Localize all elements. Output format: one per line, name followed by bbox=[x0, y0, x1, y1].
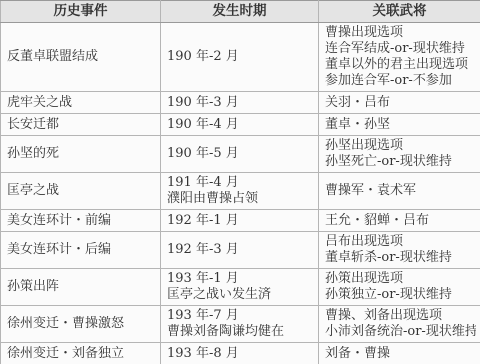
cell-line: 孙坚出现选项 bbox=[325, 138, 476, 154]
cell-line: 193 年-8 月 bbox=[167, 346, 314, 362]
cell-line: 美女连环计・后编 bbox=[7, 242, 156, 258]
cell-line: 192 年-3 月 bbox=[167, 242, 314, 258]
cell-line: 孙策出现选项 bbox=[325, 271, 476, 287]
period-cell: 193 年-8 月 bbox=[161, 343, 319, 364]
cell-line: 190 年-4 月 bbox=[167, 117, 314, 133]
table-header: 历史事件 发生时期 关联武将 bbox=[1, 1, 480, 23]
cell-line: 193 年-1 月 bbox=[167, 271, 314, 287]
officers-cell: 吕布出现选项董卓斩杀-or-现状维持 bbox=[319, 232, 480, 269]
cell-line: 孙策出阵 bbox=[7, 279, 156, 295]
cell-line: 193 年-7 月 bbox=[167, 308, 314, 324]
table-row: 孙策出阵193 年-1 月匡亭之战い发生済孙策出现选项孙策独立-or-现状维持 bbox=[1, 269, 480, 306]
cell-line: 徐州变迁・刘备独立 bbox=[7, 346, 156, 362]
event-cell: 匡亭之战 bbox=[1, 173, 161, 210]
event-cell: 美女连环计・后编 bbox=[1, 232, 161, 269]
column-header-event: 历史事件 bbox=[1, 1, 161, 23]
period-cell: 190 年-4 月 bbox=[161, 114, 319, 136]
cell-line: 吕布出现选项 bbox=[325, 234, 476, 250]
period-cell: 190 年-5 月 bbox=[161, 136, 319, 173]
cell-line: 匡亭之战い发生済 bbox=[167, 287, 314, 303]
cell-line: 连合军结成-or-现状维持 bbox=[325, 41, 476, 57]
header-row: 历史事件 发生时期 关联武将 bbox=[1, 1, 480, 23]
table-row: 美女连环计・前编192 年-1 月王允・貂蝉・吕布 bbox=[1, 210, 480, 232]
cell-line: 小沛刘备统治-or-现状维持 bbox=[325, 324, 476, 340]
cell-line: 曹操、刘备出现选项 bbox=[325, 308, 476, 324]
period-cell: 192 年-3 月 bbox=[161, 232, 319, 269]
officers-cell: 曹操、刘备出现选项小沛刘备统治-or-现状维持 bbox=[319, 306, 480, 343]
cell-line: 孙策独立-or-现状维持 bbox=[325, 287, 476, 303]
cell-line: 董卓斩杀-or-现状维持 bbox=[325, 250, 476, 266]
cell-line: 匡亭之战 bbox=[7, 183, 156, 199]
table-body: 反董卓联盟结成190 年-2 月曹操出现选项连合军结成-or-现状维持董卓以外的… bbox=[1, 23, 480, 364]
period-cell: 190 年-2 月 bbox=[161, 23, 319, 92]
event-cell: 美女连环计・前编 bbox=[1, 210, 161, 232]
cell-line: 长安迁都 bbox=[7, 117, 156, 133]
officers-cell: 曹操出现选项连合军结成-or-现状维持董卓以外的君主出现选项参加连合军-or-不… bbox=[319, 23, 480, 92]
period-cell: 193 年-7 月曹操刘备陶谦均健在 bbox=[161, 306, 319, 343]
cell-line: 190 年-5 月 bbox=[167, 146, 314, 162]
cell-line: 王允・貂蝉・吕布 bbox=[325, 213, 476, 229]
table-row: 反董卓联盟结成190 年-2 月曹操出现选项连合军结成-or-现状维持董卓以外的… bbox=[1, 23, 480, 92]
event-cell: 孙坚的死 bbox=[1, 136, 161, 173]
cell-line: 190 年-2 月 bbox=[167, 49, 314, 65]
cell-line: 反董卓联盟结成 bbox=[7, 49, 156, 65]
cell-line: 濮阳由曹操占领 bbox=[167, 191, 314, 207]
officers-cell: 孙策出现选项孙策独立-or-现状维持 bbox=[319, 269, 480, 306]
cell-line: 曹操刘备陶谦均健在 bbox=[167, 324, 314, 340]
event-cell: 长安迁都 bbox=[1, 114, 161, 136]
event-cell: 反董卓联盟结成 bbox=[1, 23, 161, 92]
table-row: 孙坚的死190 年-5 月孙坚出现选项孙坚死亡-or-现状维持 bbox=[1, 136, 480, 173]
cell-line: 192 年-1 月 bbox=[167, 213, 314, 229]
period-cell: 193 年-1 月匡亭之战い发生済 bbox=[161, 269, 319, 306]
cell-line: 191 年-4 月 bbox=[167, 175, 314, 191]
cell-line: 刘备・曹操 bbox=[325, 346, 476, 362]
history-events-table: 历史事件 发生时期 关联武将 反董卓联盟结成190 年-2 月曹操出现选项连合军… bbox=[0, 0, 480, 364]
table-row: 长安迁都190 年-4 月董卓・孙坚 bbox=[1, 114, 480, 136]
event-cell: 徐州变迁・刘备独立 bbox=[1, 343, 161, 364]
cell-line: 曹操军・袁术军 bbox=[325, 183, 476, 199]
column-header-officers: 关联武将 bbox=[319, 1, 480, 23]
period-cell: 190 年-3 月 bbox=[161, 92, 319, 114]
table-row: 匡亭之战191 年-4 月濮阳由曹操占领曹操军・袁术军 bbox=[1, 173, 480, 210]
cell-line: 虎牢关之战 bbox=[7, 95, 156, 111]
cell-line: 董卓以外的君主出现选项 bbox=[325, 57, 476, 73]
cell-line: 关羽・吕布 bbox=[325, 95, 476, 111]
event-cell: 徐州变迁・曹操激怒 bbox=[1, 306, 161, 343]
cell-line: 参加连合军-or-不参加 bbox=[325, 73, 476, 89]
officers-cell: 曹操军・袁术军 bbox=[319, 173, 480, 210]
table-row: 徐州变迁・曹操激怒193 年-7 月曹操刘备陶谦均健在曹操、刘备出现选项小沛刘备… bbox=[1, 306, 480, 343]
column-header-period: 发生时期 bbox=[161, 1, 319, 23]
cell-line: 董卓・孙坚 bbox=[325, 117, 476, 133]
officers-cell: 董卓・孙坚 bbox=[319, 114, 480, 136]
officers-cell: 关羽・吕布 bbox=[319, 92, 480, 114]
cell-line: 190 年-3 月 bbox=[167, 95, 314, 111]
period-cell: 191 年-4 月濮阳由曹操占领 bbox=[161, 173, 319, 210]
event-cell: 孙策出阵 bbox=[1, 269, 161, 306]
officers-cell: 刘备・曹操 bbox=[319, 343, 480, 364]
table-row: 美女连环计・后编192 年-3 月吕布出现选项董卓斩杀-or-现状维持 bbox=[1, 232, 480, 269]
cell-line: 孙坚死亡-or-现状维持 bbox=[325, 154, 476, 170]
officers-cell: 孙坚出现选项孙坚死亡-or-现状维持 bbox=[319, 136, 480, 173]
cell-line: 孙坚的死 bbox=[7, 146, 156, 162]
officers-cell: 王允・貂蝉・吕布 bbox=[319, 210, 480, 232]
cell-line: 徐州变迁・曹操激怒 bbox=[7, 316, 156, 332]
period-cell: 192 年-1 月 bbox=[161, 210, 319, 232]
table-row: 徐州变迁・刘备独立193 年-8 月刘备・曹操 bbox=[1, 343, 480, 364]
event-cell: 虎牢关之战 bbox=[1, 92, 161, 114]
cell-line: 曹操出现选项 bbox=[325, 25, 476, 41]
table-row: 虎牢关之战190 年-3 月关羽・吕布 bbox=[1, 92, 480, 114]
cell-line: 美女连环计・前编 bbox=[7, 213, 156, 229]
